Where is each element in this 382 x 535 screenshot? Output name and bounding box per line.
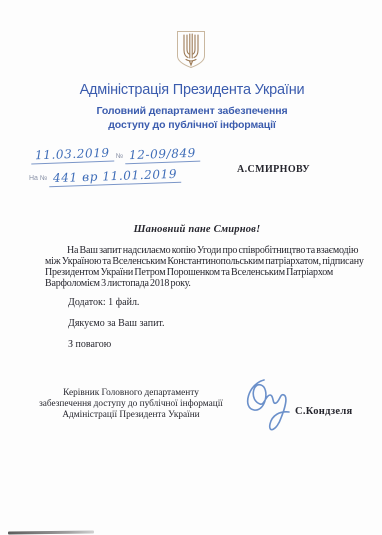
- body-line-4: Варфоломієм 3 листопада 2018 року.: [45, 278, 191, 289]
- department-line-2: доступу до публічної інформації: [108, 119, 276, 131]
- signature-flourish: [236, 374, 296, 438]
- thanks-line: Дякуємо за Ваш запит.: [68, 318, 165, 329]
- closing-line: З повагою: [68, 339, 111, 350]
- salutation: Шановний пане Смирнов!: [134, 224, 261, 235]
- reference-row-incoming: На № 441 вр 11.01.2019: [27, 169, 182, 185]
- attachment-line: Додаток: 1 файл.: [68, 297, 139, 308]
- body-line-1: На Ваш запит надсилаємо копію Угоди про …: [67, 245, 358, 256]
- signer-name: С.Кондзеля: [295, 406, 353, 417]
- incoming-number-label: На №: [27, 175, 49, 185]
- handwritten-date: 11.03.2019: [31, 146, 114, 165]
- handwritten-outgoing-number: 12-09/849: [125, 146, 200, 165]
- body-line-3: Президентом України Петром Порошенком та…: [45, 267, 333, 278]
- signer-title-line-3: Адміністрації Президента України: [62, 410, 199, 420]
- addressee-name: А.СМИРНОВУ: [237, 164, 310, 175]
- organization-title: Адміністрація Президента України: [80, 82, 305, 98]
- handwritten-incoming-number: 441 вр 11.01.2019: [49, 167, 182, 188]
- department-line-1: Головний департамент забезпечення: [97, 105, 288, 117]
- body-line-2: між Україною та Вселенським Константиноп…: [45, 256, 364, 267]
- trident-coat-of-arms-icon: [176, 30, 206, 69]
- signer-title-line-2: забезпечення доступу до публічної інформ…: [39, 399, 223, 409]
- scan-artifact-line: [8, 531, 94, 535]
- reference-row-outgoing: 11.03.2019 № 12-09/849: [31, 147, 200, 163]
- number-sign-label: №: [114, 153, 126, 163]
- signer-title-line-1: Керівник Головного департаменту: [63, 388, 199, 398]
- scanned-letter-page: Адміністрація Президента України Головни…: [0, 0, 382, 535]
